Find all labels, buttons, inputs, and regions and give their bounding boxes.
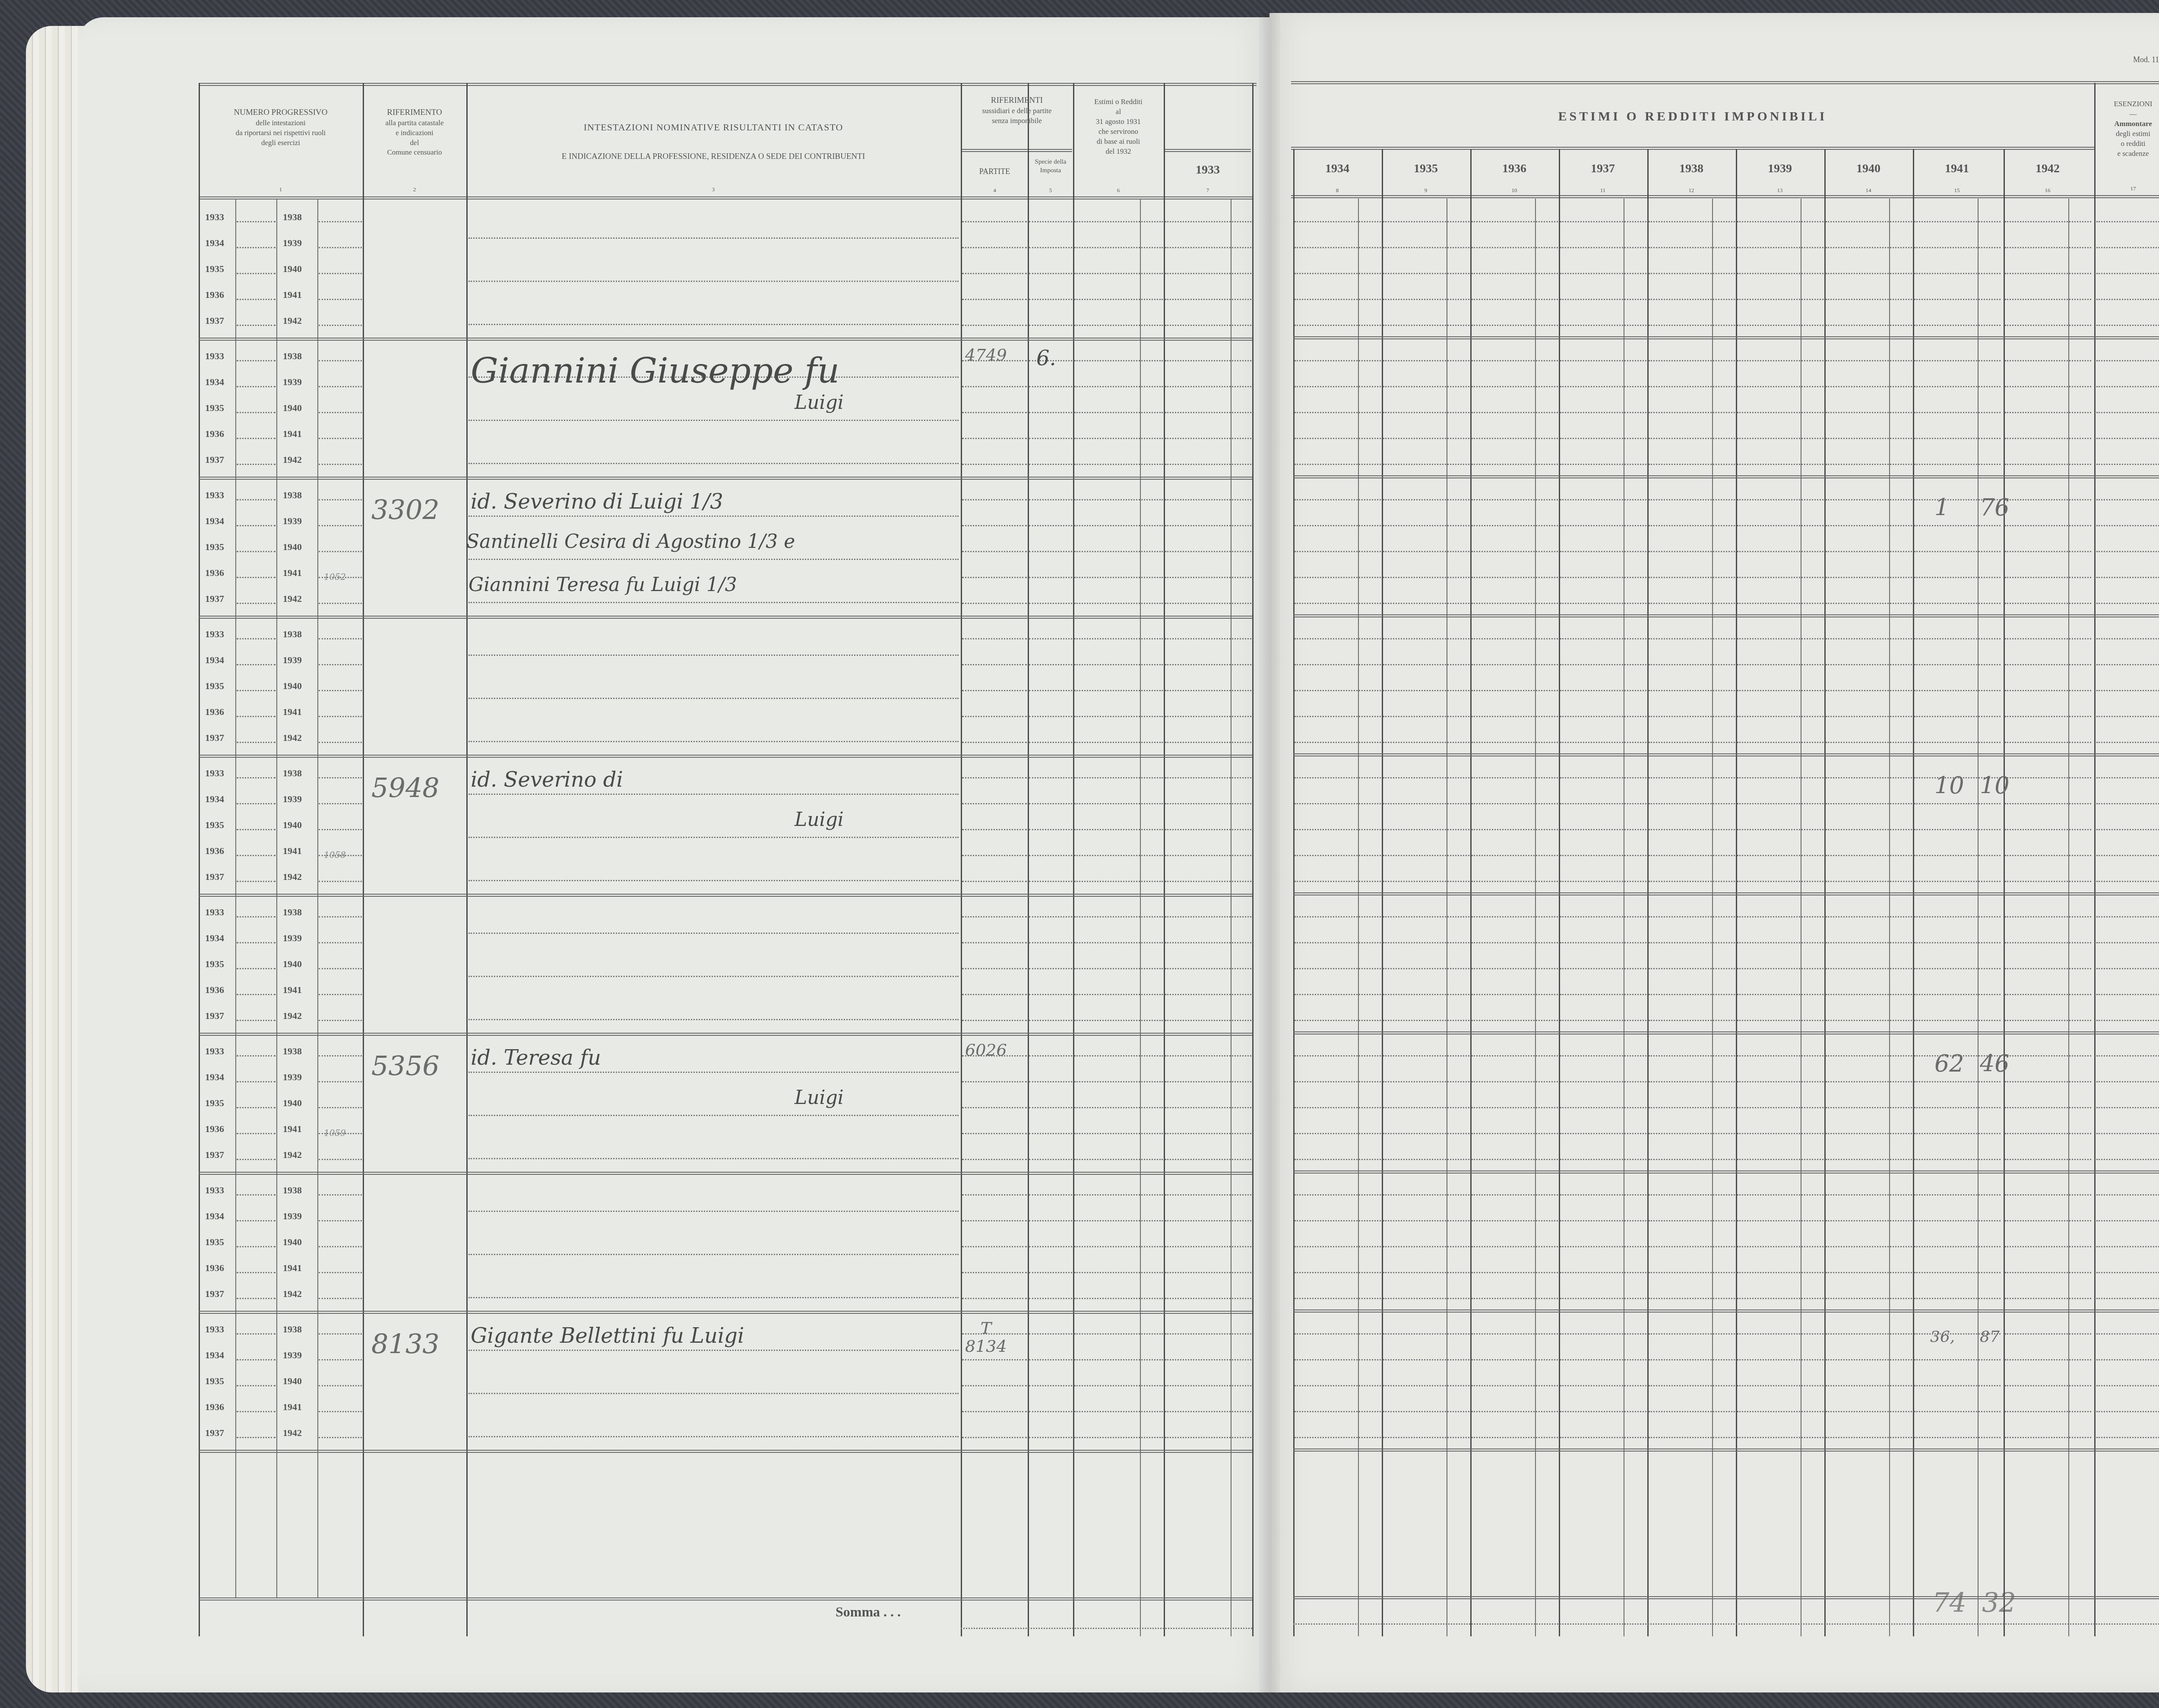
year-label-right: 1940 [283, 1376, 302, 1387]
col1-line: delle intestazioni [199, 118, 362, 128]
name-dotted-line [469, 1436, 959, 1437]
cell-dotted-line [1649, 360, 1735, 361]
year-label-right: 1938 [283, 490, 302, 501]
cell-dotted-line [1029, 603, 1072, 604]
col3-subtitle: E INDICAZIONE DELLA PROFESSIONE, RESIDEN… [467, 151, 959, 162]
cell-dotted-line [1165, 299, 1251, 300]
cell-dotted-line [2096, 1272, 2159, 1273]
cell-dotted-line [1826, 881, 1912, 882]
year-dotted-line [237, 855, 275, 856]
year-label-right: 1938 [283, 1046, 302, 1057]
cell-dotted-line [2005, 881, 2091, 882]
cell-dotted-line [1737, 638, 1823, 639]
cell-dotted-line [1165, 1411, 1251, 1412]
name-dotted-line [469, 794, 959, 795]
cell-dotted-line [1914, 829, 2001, 830]
col2-number: 2 [364, 186, 465, 193]
cell-dotted-line [1295, 742, 1381, 743]
cell-dotted-line [1074, 325, 1163, 326]
cell-dotted-line [1472, 1194, 1558, 1196]
cell-dotted-line [1472, 1298, 1558, 1299]
cell-dotted-line [1560, 221, 1646, 222]
cell-dotted-line [1472, 1107, 1558, 1108]
name-dotted-line [469, 420, 959, 421]
cell-dotted-line [2005, 221, 2091, 222]
year-dotted-line [237, 1159, 275, 1160]
side-note: 1059 [324, 1128, 346, 1138]
year-label-left: 1935 [205, 958, 224, 970]
cell-dotted-line [1295, 499, 1381, 500]
top-rule-right [1291, 81, 2159, 84]
year-label-left: 1937 [205, 871, 224, 882]
cell-dotted-line [1649, 386, 1735, 387]
year-label-left: 1934 [205, 1072, 224, 1083]
year-label-left: 1936 [205, 1262, 224, 1274]
cell-dotted-line [2005, 525, 2091, 526]
name-dotted-line [469, 559, 959, 560]
col5-number: 5 [1029, 187, 1072, 194]
year-label-right: 1940 [283, 958, 302, 970]
cell-dotted-line [1165, 525, 1251, 526]
riferimenti-line: sussidiari e delle partite [962, 106, 1072, 116]
cell-dotted-line [1029, 1411, 1072, 1412]
cell-dotted-line [1383, 1133, 1469, 1134]
year-label-left: 1937 [205, 732, 224, 743]
cell-dotted-line [1295, 994, 1381, 995]
col6-line: che servirono [1074, 127, 1163, 137]
cell-dotted-line [1560, 855, 1646, 856]
cell-dotted-line [962, 1437, 1027, 1438]
col1-line: da riportarsi nei rispettivi ruoli [199, 128, 362, 138]
year-dotted-line [319, 690, 362, 691]
cell-dotted-line [1165, 1107, 1251, 1108]
cell-dotted-line [1826, 1385, 1912, 1386]
cell-dotted-line [2096, 603, 2159, 604]
cell-dotted-line [1472, 1020, 1558, 1021]
partite-value: 4749 [965, 346, 1007, 364]
cell-dotted-line [1649, 638, 1735, 639]
value-1941-dec: 76 [1980, 494, 2010, 521]
cell-dotted-line [1649, 1411, 1735, 1412]
year-dotted-line [319, 464, 362, 465]
cell-dotted-line [1029, 1055, 1072, 1056]
cell-dotted-line [1472, 881, 1558, 882]
cell-dotted-line [1383, 360, 1469, 361]
cell-dotted-line [1383, 499, 1469, 500]
col17-line: Ammontare [2095, 119, 2159, 129]
cell-dotted-line [1737, 716, 1823, 717]
name-line-1: id. Severino di Luigi 1/3 [471, 490, 723, 514]
cell-dotted-line [1029, 916, 1072, 917]
cell-dotted-line [1165, 1359, 1251, 1360]
cell-dotted-line [1826, 1246, 1912, 1247]
year-label-right: 1939 [283, 655, 302, 666]
cell-dotted-line [2005, 464, 2091, 465]
cell-dotted-line [962, 1020, 1027, 1021]
cell-dotted-line [2005, 247, 2091, 248]
cell-dotted-line [2005, 855, 2091, 856]
name-dotted-line [469, 933, 959, 934]
cell-dotted-line [1914, 638, 2001, 639]
year-dotted-line [237, 525, 275, 526]
cell-dotted-line [962, 1220, 1027, 1221]
cell-dotted-line [1649, 1107, 1735, 1108]
cell-dotted-line [1826, 577, 1912, 578]
cell-dotted-line [1165, 777, 1251, 778]
cell-dotted-line [962, 273, 1027, 274]
name-line-1: Gigante Bellettini fu Luigi [471, 1324, 744, 1348]
cell-dotted-line [1074, 664, 1163, 665]
cell-dotted-line [1737, 577, 1823, 578]
cell-dotted-line [1560, 438, 1646, 439]
cell-dotted-line [1649, 299, 1735, 300]
cell-dotted-line [1165, 1194, 1251, 1196]
cell-dotted-line [2096, 412, 2159, 413]
cell-dotted-line [1649, 1020, 1735, 1021]
cell-dotted-line [1472, 551, 1558, 552]
cell-dotted-line [1560, 1246, 1646, 1247]
cell-dotted-line [1472, 1081, 1558, 1082]
cell-dotted-line [1737, 664, 1823, 665]
year-label-right: 1942 [283, 732, 302, 743]
cell-dotted-line [962, 1159, 1027, 1160]
cell-dotted-line [1029, 994, 1072, 995]
cell-dotted-line [1165, 942, 1251, 943]
year-dotted-line [319, 603, 362, 604]
cell-dotted-line [2096, 1194, 2159, 1196]
cell-dotted-line [1737, 916, 1823, 917]
cell-dotted-line [1826, 360, 1912, 361]
cell-dotted-line [1383, 968, 1469, 969]
cell-dotted-line [2005, 1246, 2091, 1247]
cell-dotted-line [2096, 1055, 2159, 1056]
name-dotted-line [469, 1211, 959, 1212]
cell-dotted-line [1383, 551, 1469, 552]
cell-dotted-line [1165, 247, 1251, 248]
cell-dotted-line [1914, 412, 2001, 413]
year-dotted-line [319, 247, 362, 248]
cell-dotted-line [962, 1272, 1027, 1273]
cell-dotted-line [2005, 1411, 2091, 1412]
cell-dotted-line [1074, 1359, 1163, 1360]
riferimenti-line: senza imponibile [962, 116, 1072, 126]
year-dotted-line [319, 1437, 362, 1438]
year-col-number: 9 [1383, 187, 1469, 194]
cell-dotted-line [962, 803, 1027, 804]
year-dotted-line [237, 1333, 275, 1335]
cell-dotted-line [1826, 551, 1912, 552]
cell-dotted-line [1649, 603, 1735, 604]
cell-dotted-line [1737, 412, 1823, 413]
year-dotted-line [319, 438, 362, 439]
cell-dotted-line [1074, 603, 1163, 604]
col17-dash: — [2095, 109, 2159, 119]
cell-dotted-line [1472, 716, 1558, 717]
cell-dotted-line [1165, 690, 1251, 691]
cell-dotted-line [1029, 464, 1072, 465]
year-dotted-line [319, 1385, 362, 1386]
cell-dotted-line [1383, 247, 1469, 248]
year-label-right: 1941 [283, 984, 302, 996]
cadastral-ref: 5948 [371, 772, 440, 803]
cell-dotted-line [2005, 1107, 2091, 1108]
cell-dotted-line [1649, 525, 1735, 526]
cell-dotted-line [1029, 299, 1072, 300]
year-label-left: 1933 [205, 351, 224, 362]
cell-dotted-line [1295, 916, 1381, 917]
year-dotted-line [319, 1411, 362, 1412]
name-dotted-line [469, 1393, 959, 1394]
cell-dotted-line [2005, 299, 2091, 300]
cell-dotted-line [1383, 855, 1469, 856]
cell-dotted-line [1295, 577, 1381, 578]
year-label-right: 1941 [283, 428, 302, 440]
cell-dotted-line [2096, 1246, 2159, 1247]
cell-dotted-line [2096, 1385, 2159, 1386]
cell-dotted-line [2096, 551, 2159, 552]
cell-dotted-line [1826, 994, 1912, 995]
cell-dotted-line [1074, 638, 1163, 639]
name-dotted-line [469, 741, 959, 742]
entry-separator-left [199, 755, 1252, 758]
cell-dotted-line [2005, 1385, 2091, 1386]
col6-line: di base ai ruoli [1074, 137, 1163, 147]
cell-dotted-line [1737, 551, 1823, 552]
cell-dotted-line [1295, 1081, 1381, 1082]
year-dotted-line [237, 438, 275, 439]
somma-dotted-line [961, 1628, 1252, 1629]
year-label-right: 1940 [283, 263, 302, 275]
cell-dotted-line [1029, 551, 1072, 552]
cell-dotted-line [1029, 829, 1072, 830]
year-dotted-line [319, 829, 362, 830]
cell-dotted-line [1295, 1359, 1381, 1360]
year-label-right: 1938 [283, 1324, 302, 1335]
cell-dotted-line [1029, 1107, 1072, 1108]
year-label-right: 1941 [283, 706, 302, 718]
cell-dotted-line [1074, 525, 1163, 526]
cell-dotted-line [1737, 881, 1823, 882]
cell-dotted-line [1826, 1159, 1912, 1160]
cell-dotted-line [962, 942, 1027, 943]
cell-dotted-line [962, 742, 1027, 743]
col1-header: NUMERO PROGRESSIVO delle intestazioni da… [199, 107, 362, 148]
cell-dotted-line [1165, 1298, 1251, 1299]
cell-dotted-line [1029, 855, 1072, 856]
cell-dotted-line [1165, 664, 1251, 665]
year-label-left: 1935 [205, 263, 224, 275]
decimal-subrule [1978, 199, 1979, 1636]
cell-dotted-line [1649, 803, 1735, 804]
cell-dotted-line [1914, 464, 2001, 465]
cell-dotted-line [1029, 525, 1072, 526]
cell-dotted-line [1029, 273, 1072, 274]
cell-dotted-line [2096, 777, 2159, 778]
cell-dotted-line [2005, 1220, 2091, 1221]
cell-dotted-line [1074, 221, 1163, 222]
cell-dotted-line [1165, 803, 1251, 804]
cell-dotted-line [2005, 803, 2091, 804]
cell-dotted-line [1649, 1437, 1735, 1438]
cell-dotted-line [1737, 1107, 1823, 1108]
cell-dotted-line [1914, 386, 2001, 387]
year-label-left: 1935 [205, 1237, 224, 1248]
cell-dotted-line [1383, 638, 1469, 639]
year-dotted-line [319, 221, 362, 222]
cell-dotted-line [1649, 855, 1735, 856]
col1-subrule [276, 199, 277, 1597]
cell-dotted-line [1383, 577, 1469, 578]
cell-dotted-line [2005, 716, 2091, 717]
year-col-number: 12 [1648, 187, 1735, 194]
year-label-right: 1939 [283, 376, 302, 388]
cell-dotted-line [1029, 386, 1072, 387]
cell-dotted-line [1914, 360, 2001, 361]
cell-dotted-line [1472, 994, 1558, 995]
cell-dotted-line [1074, 1220, 1163, 1221]
year-label-left: 1937 [205, 593, 224, 604]
cell-dotted-line [1649, 1272, 1735, 1273]
year-dotted-line [237, 994, 275, 995]
year-dotted-line [319, 1246, 362, 1247]
cell-dotted-line [1472, 1385, 1558, 1386]
cell-dotted-line [1295, 247, 1381, 248]
entry-separator-right [1293, 336, 2159, 339]
cell-dotted-line [1914, 325, 2001, 326]
cell-dotted-line [1472, 438, 1558, 439]
cell-dotted-line [2005, 603, 2091, 604]
left-column-rule [466, 83, 468, 1636]
cell-dotted-line [2096, 386, 2159, 387]
cell-dotted-line [1826, 299, 1912, 300]
cell-dotted-line [1383, 603, 1469, 604]
name-dotted-line [469, 324, 959, 325]
cell-dotted-line [1649, 968, 1735, 969]
cell-dotted-line [1165, 1272, 1251, 1273]
cell-dotted-line [1472, 1333, 1558, 1335]
cell-dotted-line [1383, 742, 1469, 743]
cell-dotted-line [1295, 464, 1381, 465]
cell-dotted-line [1472, 1246, 1558, 1247]
col1-title: NUMERO PROGRESSIVO [199, 107, 362, 118]
cell-dotted-line [1560, 716, 1646, 717]
header-bottom-rule-right [1291, 195, 2159, 198]
entry-separator-left [199, 1311, 1252, 1314]
cell-dotted-line [1029, 1385, 1072, 1386]
cell-dotted-line [1029, 742, 1072, 743]
year-label-left: 1935 [205, 819, 224, 831]
cell-dotted-line [1737, 942, 1823, 943]
cell-dotted-line [1029, 690, 1072, 691]
year-dotted-line [319, 551, 362, 552]
year-dotted-line [319, 360, 362, 361]
cell-dotted-line [1472, 1055, 1558, 1056]
cell-dotted-line [962, 994, 1027, 995]
cell-dotted-line [1074, 1411, 1163, 1412]
cell-dotted-line [1560, 603, 1646, 604]
cell-dotted-line [1383, 716, 1469, 717]
year-dotted-line [237, 603, 275, 604]
cell-dotted-line [1472, 638, 1558, 639]
name-dotted-line [469, 1072, 959, 1073]
cell-dotted-line [1914, 299, 2001, 300]
cell-dotted-line [2005, 1133, 2091, 1134]
cell-dotted-line [962, 777, 1027, 778]
year-label-left: 1934 [205, 376, 224, 388]
year-label-right: 1941 [283, 567, 302, 579]
cell-dotted-line [1737, 325, 1823, 326]
cell-dotted-line [1383, 1220, 1469, 1221]
cell-dotted-line [1914, 438, 2001, 439]
year-label-left: 1933 [205, 907, 224, 918]
year-dotted-line [237, 1246, 275, 1247]
cell-dotted-line [1560, 525, 1646, 526]
cadastral-ref: 5356 [371, 1050, 440, 1082]
year-dotted-line [319, 325, 362, 326]
cell-dotted-line [2005, 360, 2091, 361]
cell-dotted-line [1826, 1298, 1912, 1299]
year-label-right: 1942 [283, 871, 302, 882]
cell-dotted-line [1560, 247, 1646, 248]
year-label-left: 1934 [205, 655, 224, 666]
name-line-2: Santinelli Cesira di Agostino 1/3 e [466, 531, 795, 553]
cell-dotted-line [1649, 690, 1735, 691]
cell-dotted-line [1383, 1411, 1469, 1412]
cell-dotted-line [2005, 412, 2091, 413]
cell-dotted-line [1074, 247, 1163, 248]
year-label-right: 1938 [283, 212, 302, 223]
year-label-right: 1941 [283, 289, 302, 300]
year-dotted-line [319, 942, 362, 943]
col6-number: 6 [1074, 187, 1163, 194]
cell-dotted-line [1649, 412, 1735, 413]
cell-dotted-line [1826, 1107, 1912, 1108]
cell-dotted-line [2005, 742, 2091, 743]
year-dotted-line [237, 942, 275, 943]
col6-header: Estimi o Redditi al 31 agosto 1931 che s… [1074, 97, 1163, 157]
cell-dotted-line [1649, 829, 1735, 830]
cell-dotted-line [1560, 1020, 1646, 1021]
year-label-right: 1942 [283, 593, 302, 604]
year-label-right: 1942 [283, 1149, 302, 1161]
cell-dotted-line [1472, 360, 1558, 361]
cell-dotted-line [1472, 299, 1558, 300]
cell-dotted-line [1826, 499, 1912, 500]
year-label-left: 1934 [205, 237, 224, 249]
cell-dotted-line [1074, 464, 1163, 465]
cell-dotted-line [1472, 1133, 1558, 1134]
cell-dotted-line [1295, 1272, 1381, 1273]
cell-dotted-line [1472, 412, 1558, 413]
cell-dotted-line [1295, 603, 1381, 604]
year-label-left: 1934 [205, 1211, 224, 1222]
riferimenti-header: RIFERIMENTI sussidiari e delle partite s… [962, 95, 1072, 126]
cell-dotted-line [1295, 1194, 1381, 1196]
partite-value: T 8134 [965, 1319, 1007, 1356]
cell-dotted-line [1826, 1133, 1912, 1134]
cell-dotted-line [1826, 829, 1912, 830]
year-dotted-line [319, 1081, 362, 1082]
year-dotted-line [319, 1055, 362, 1056]
cell-dotted-line [1914, 855, 2001, 856]
cell-dotted-line [1560, 1359, 1646, 1360]
cell-dotted-line [1826, 325, 1912, 326]
entry-separator-left [199, 338, 1252, 341]
cell-dotted-line [1165, 603, 1251, 604]
cell-dotted-line [1295, 438, 1381, 439]
year-dotted-line [319, 412, 362, 413]
cell-dotted-line [962, 1411, 1027, 1412]
